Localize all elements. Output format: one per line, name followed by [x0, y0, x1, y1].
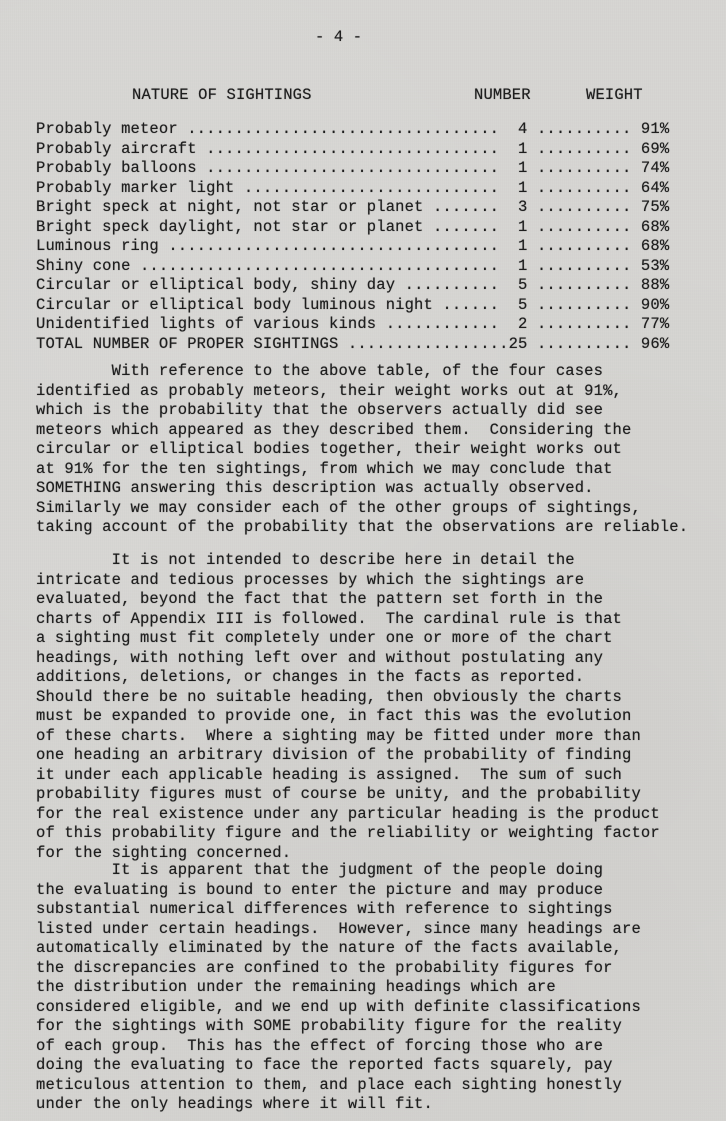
table-row: Probably meteor ........................… [36, 120, 669, 140]
table-header-nature-of-sightings: NATURE OF SIGHTINGS [132, 86, 312, 106]
row-weight: 77% [641, 315, 669, 333]
row-number: 5 [509, 276, 528, 294]
leader-dots: .......... [528, 120, 641, 138]
paragraph-judgment-discussion: It is apparent that the judgment of the … [36, 861, 641, 1115]
row-label: TOTAL NUMBER OF PROPER SIGHTINGS [36, 335, 338, 353]
table-header-row: NATURE OF SIGHTINGS NUMBER WEIGHT [0, 86, 726, 106]
row-number: 1 [509, 179, 528, 197]
table-row: Probably marker light ..................… [36, 179, 669, 199]
row-label: Bright speck daylight, not star or plane… [36, 218, 424, 236]
leader-dots: ................................... [159, 237, 509, 255]
row-weight: 68% [641, 237, 669, 255]
leader-dots: .......... [528, 335, 641, 353]
row-label: Probably marker light [36, 179, 234, 197]
row-number: 5 [509, 296, 528, 314]
leader-dots: .......... [528, 237, 641, 255]
document-page: - 4 - NATURE OF SIGHTINGS NUMBER WEIGHT … [0, 0, 726, 1121]
leader-dots: .......... [528, 296, 641, 314]
row-number: 4 [509, 120, 528, 138]
sightings-table: Probably meteor ........................… [36, 120, 669, 354]
leader-dots: .......... [528, 159, 641, 177]
table-row: Luminous ring ..........................… [36, 237, 669, 257]
table-header-weight: WEIGHT [586, 86, 643, 106]
table-header-number: NUMBER [474, 86, 531, 106]
row-weight: 88% [641, 276, 669, 294]
leader-dots: .......... [528, 315, 641, 333]
row-number: 1 [509, 159, 528, 177]
leader-dots: ........................... [234, 179, 508, 197]
table-row: Circular or elliptical body, shiny day .… [36, 276, 669, 296]
row-weight: 53% [641, 257, 669, 275]
row-weight: 90% [641, 296, 669, 314]
paragraph-evaluation-process: It is not intended to describe here in d… [36, 551, 660, 863]
row-number: 25 [509, 335, 528, 353]
leader-dots: ................................. [178, 120, 509, 138]
row-label: Unidentified lights of various kinds [36, 315, 376, 333]
row-weight: 64% [641, 179, 669, 197]
leader-dots: ............................... [197, 159, 509, 177]
leader-dots: .......... [528, 140, 641, 158]
row-label: Probably aircraft [36, 140, 197, 158]
row-label: Luminous ring [36, 237, 159, 255]
row-number: 1 [509, 140, 528, 158]
table-row: Probably balloons ......................… [36, 159, 669, 179]
leader-dots: .......... [395, 276, 508, 294]
leader-dots: .......... [528, 198, 641, 216]
leader-dots: .......... [528, 218, 641, 236]
leader-dots: ................. [338, 335, 508, 353]
table-row: Probably aircraft ......................… [36, 140, 669, 160]
leader-dots: ............ [376, 315, 508, 333]
page-number: - 4 - [315, 28, 362, 48]
leader-dots: ............................... [197, 140, 509, 158]
row-weight: 91% [641, 120, 669, 138]
paragraph-weights-discussion: With reference to the above table, of th… [36, 362, 688, 538]
table-row: Shiny cone .............................… [36, 257, 669, 277]
leader-dots: ....... [424, 198, 509, 216]
leader-dots: .......... [527, 179, 640, 197]
row-label: Circular or elliptical body luminous nig… [36, 296, 433, 314]
table-row: TOTAL NUMBER OF PROPER SIGHTINGS .......… [36, 335, 669, 355]
leader-dots: .......... [528, 276, 641, 294]
table-row: Unidentified lights of various kinds ...… [36, 315, 669, 335]
row-label: Circular or elliptical body, shiny day [36, 276, 395, 294]
row-weight: 68% [641, 218, 669, 236]
leader-dots: ...................................... [131, 257, 509, 275]
row-weight: 69% [641, 140, 669, 158]
table-row: Bright speck daylight, not star or plane… [36, 218, 669, 238]
row-label: Probably meteor [36, 120, 178, 138]
row-number: 1 [509, 237, 528, 255]
row-number: 1 [509, 218, 528, 236]
table-row: Bright speck at night, not star or plane… [36, 198, 669, 218]
row-weight: 74% [641, 159, 669, 177]
leader-dots: ....... [424, 218, 509, 236]
row-weight: 96% [641, 335, 669, 353]
row-label: Shiny cone [36, 257, 131, 275]
row-label: Bright speck at night, not star or plane… [36, 198, 424, 216]
row-weight: 75% [641, 198, 669, 216]
row-number: 2 [509, 315, 528, 333]
row-label: Probably balloons [36, 159, 197, 177]
table-row: Circular or elliptical body luminous nig… [36, 296, 669, 316]
row-number: 1 [509, 257, 528, 275]
leader-dots: ...... [433, 296, 509, 314]
leader-dots: .......... [527, 257, 640, 275]
row-number: 3 [509, 198, 528, 216]
